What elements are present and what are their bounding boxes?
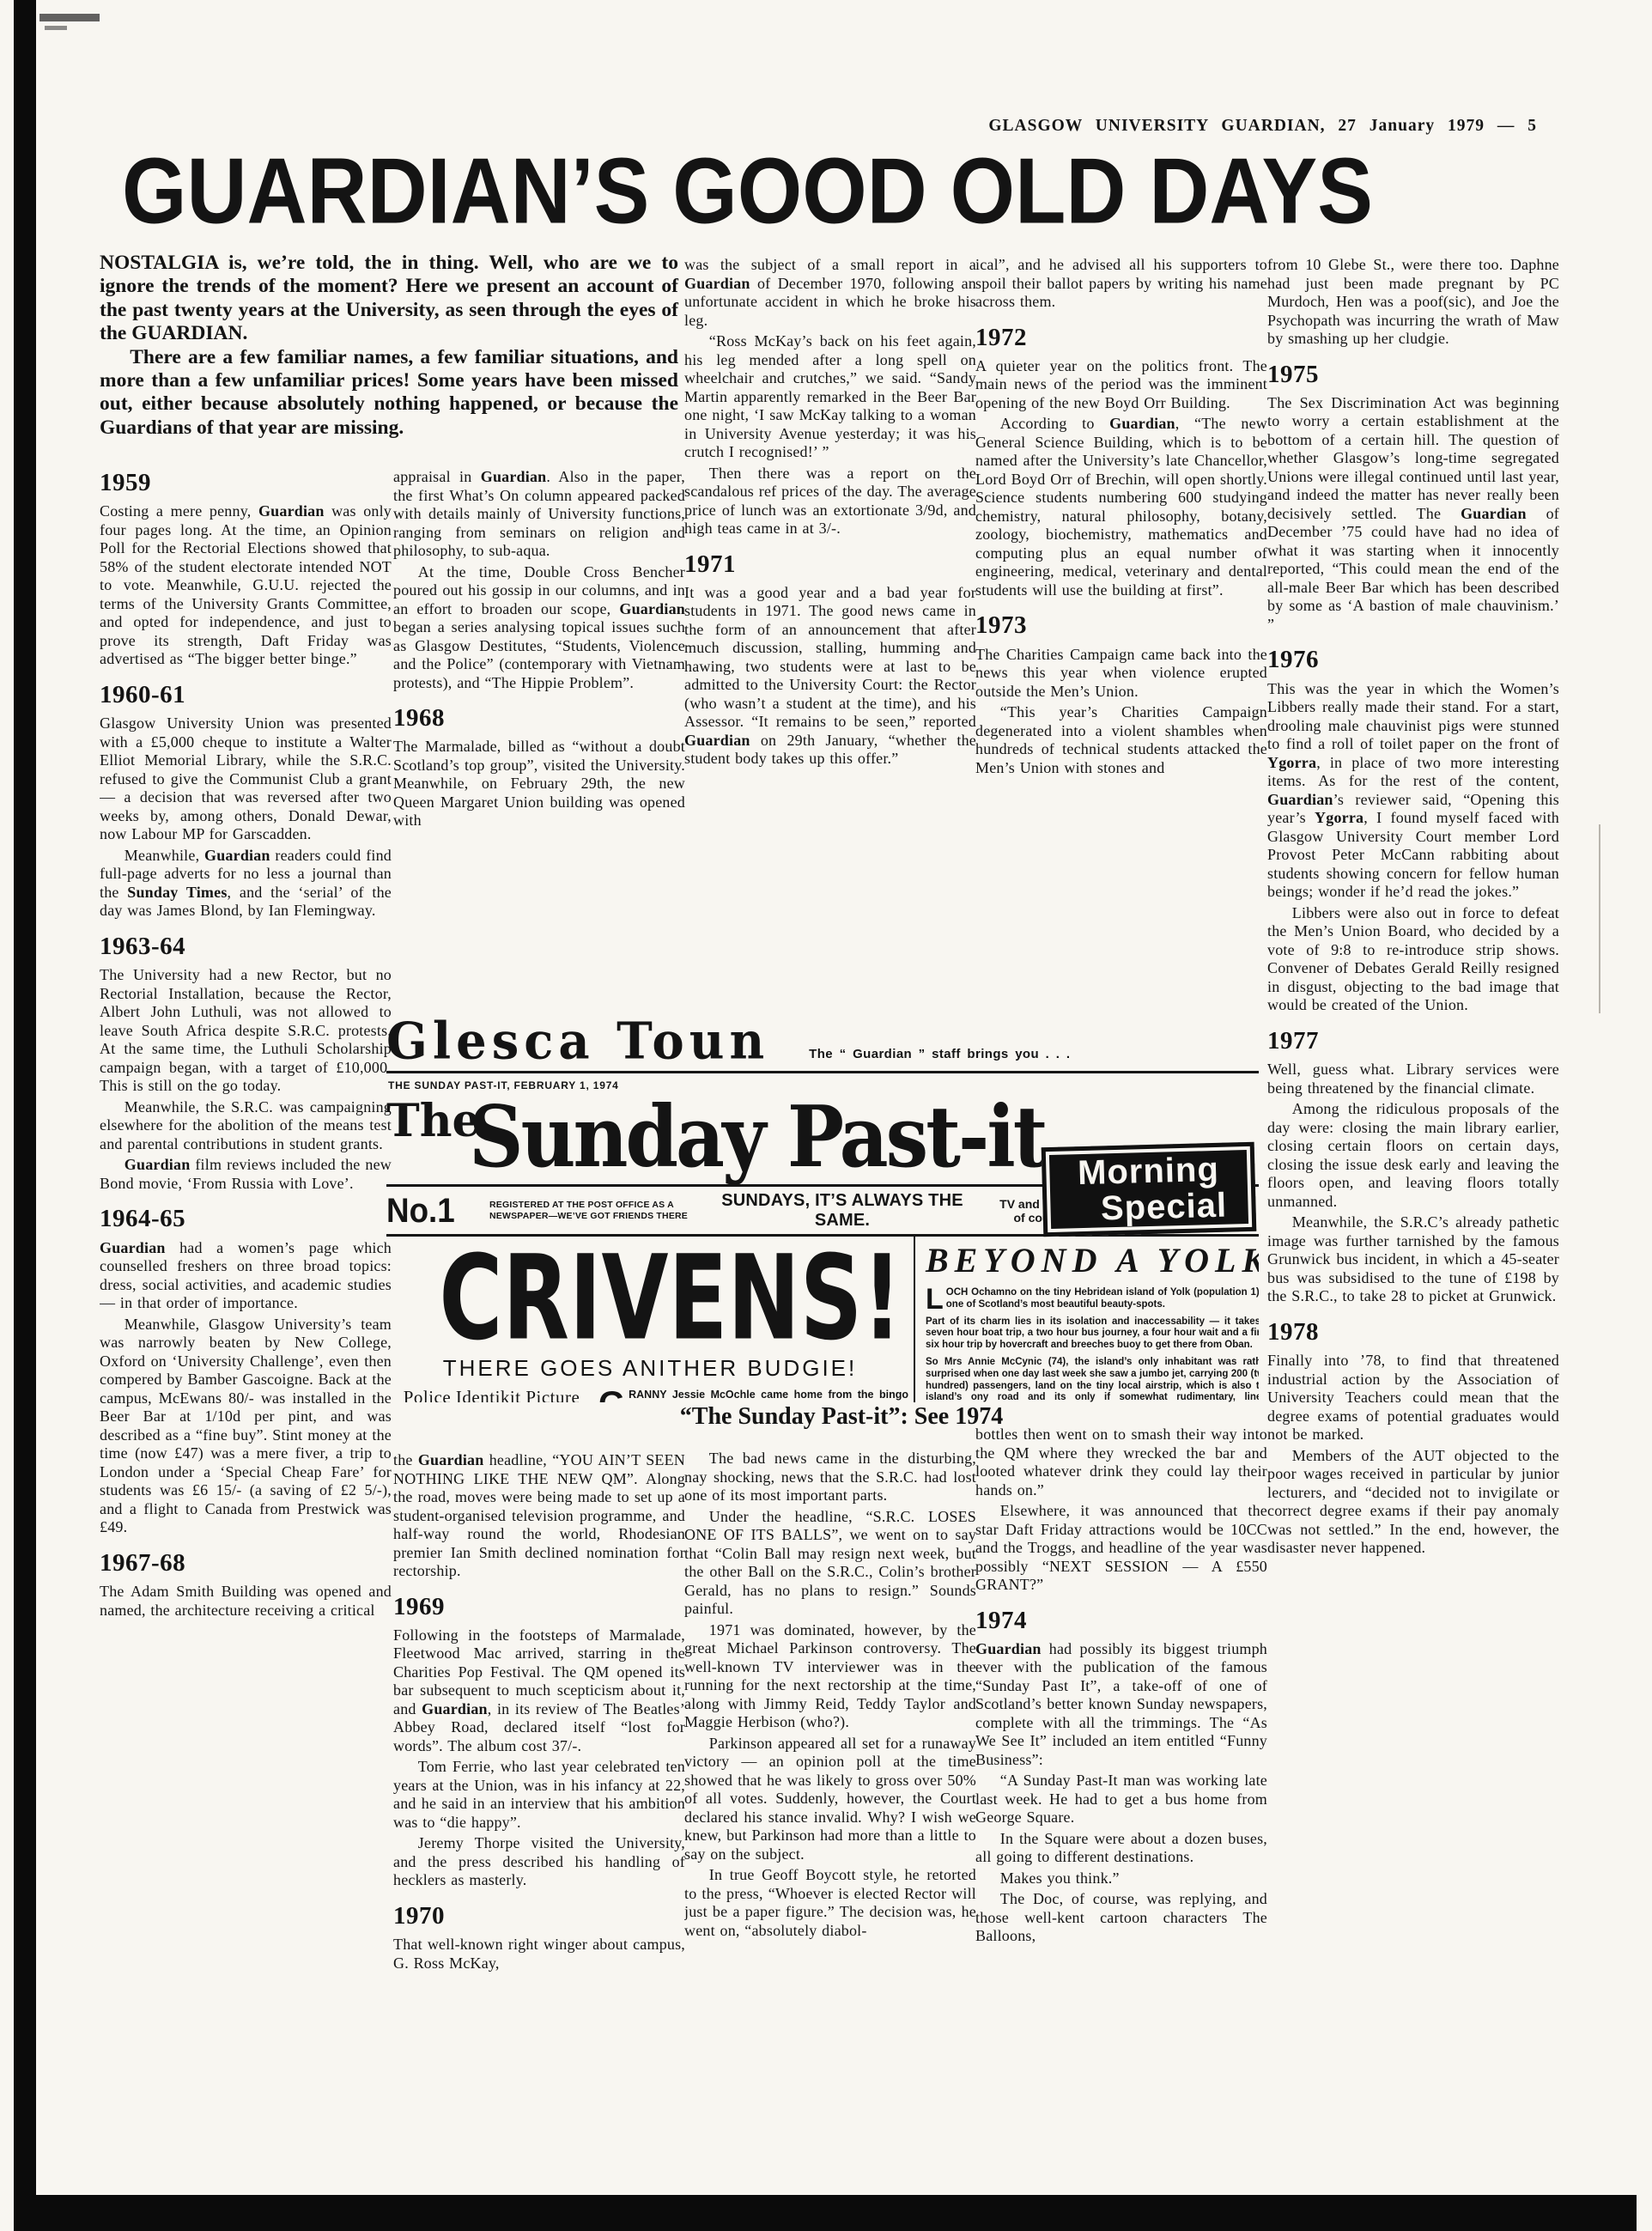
year-heading: 1971 [684, 551, 976, 577]
intro-paragraphs: NOSTALGIA is, we’re told, the in thing. … [100, 252, 678, 440]
body-paragraph: The Marmalade, billed as “without a doub… [393, 738, 685, 830]
body-paragraph: Guardian had a women’s page which counse… [100, 1239, 392, 1313]
body-paragraph: Makes you think.” [975, 1869, 1267, 1888]
scan-edge-bottom [14, 2195, 1637, 2231]
column-1: 1959Costing a mere penny, Guardian was o… [100, 468, 392, 2196]
masthead-title-the: The [386, 1095, 481, 1147]
body-paragraph: Meanwhile, Glasgow University’s team was… [100, 1316, 392, 1537]
crivens-panel: CRIVENS! THERE GOES ANITHER BUDGIE! Poli… [386, 1237, 915, 1402]
registered-line: NEWSPAPER—WE’VE GOT FRIENDS THERE [489, 1211, 688, 1221]
body-paragraph: The Adam Smith Building was opened and n… [100, 1583, 392, 1620]
intro-paragraph: NOSTALGIA is, we’re told, the in thing. … [100, 252, 678, 346]
body-paragraph: In true Geoff Boycott style, he retorted… [684, 1866, 976, 1940]
binding-edge [14, 0, 36, 2231]
year-heading: 1959 [100, 470, 392, 495]
body-paragraph: Guardian had possibly its biggest triump… [975, 1640, 1267, 1770]
column-3-lower: The bad news came in the disturbing, nay… [684, 1450, 976, 2193]
masthead-title: Sunday Past-it [469, 1086, 1045, 1186]
masthead-tagline: The “ Guardian ” staff brings you . . . [809, 1047, 1070, 1061]
intro-paragraph: There are a few familiar names, a few fa… [100, 346, 678, 441]
year-heading: 1967-68 [100, 1550, 392, 1576]
year-heading: 1968 [393, 705, 685, 731]
year-heading: 1976 [1267, 647, 1559, 672]
body-paragraph: “This year’s Charities Campaign degenera… [975, 703, 1267, 777]
body-paragraph: Then there was a report on the scandalou… [684, 465, 976, 538]
body-paragraph: At the time, Double Cross Bencher poured… [393, 563, 685, 693]
yolk-paragraph: So Mrs Annie McCynic (74), the island’s … [926, 1357, 1259, 1402]
body-paragraph: Parkinson appeared all set for a runaway… [684, 1735, 976, 1864]
registered-line: REGISTERED AT THE POST OFFICE AS A [489, 1200, 674, 1210]
scan-artifact [1599, 824, 1600, 1013]
year-heading: 1974 [975, 1608, 1267, 1633]
yolk-paragraph: LOCH Ochamno on the tiny Hebridean islan… [926, 1287, 1259, 1311]
masthead-title-row: The Sunday Past-it Morning Special [386, 1091, 1259, 1184]
body-paragraph: It was a good year and a bad year for st… [684, 584, 976, 769]
body-paragraph: According to Guardian, “The new General … [975, 415, 1267, 599]
crivens-headline: CRIVENS! [439, 1240, 860, 1357]
body-paragraph: Under the headline, “S.R.C. LOSES ONE OF… [684, 1508, 976, 1619]
body-paragraph: “Ross McKay’s back on his feet again, hi… [684, 332, 976, 462]
yolk-headline: BEYOND A YOLK [926, 1240, 1259, 1280]
identikit-label: Police Identikit Picture [386, 1387, 597, 1402]
yolk-lead: OCH Ochamno on the tiny Hebridean island… [946, 1287, 1259, 1310]
body-paragraph: The University had a new Rector, but no … [100, 966, 392, 1096]
body-paragraph: Well, guess what. Library services were … [1267, 1061, 1559, 1097]
sunday-pastit-parody-masthead: Glesca Toun The “ Guardian ” staff bring… [386, 1003, 1259, 1402]
body-paragraph: That well-known right winger about campu… [393, 1936, 685, 1973]
year-heading: 1975 [1267, 362, 1559, 387]
beyond-a-yolk-panel: BEYOND A YOLK LOCH Ochamno on the tiny H… [915, 1237, 1259, 1402]
body-paragraph: Meanwhile, the S.R.C’s already pathetic … [1267, 1213, 1559, 1306]
scan-artifact [45, 26, 67, 30]
year-heading: 1960-61 [100, 682, 392, 708]
body-paragraph: the Guardian headline, “YOU AIN’T SEEN N… [393, 1451, 685, 1581]
year-heading: 1969 [393, 1594, 685, 1620]
body-paragraph: 1971 was dominated, however, by the grea… [684, 1621, 976, 1732]
crivens-lead: RANNY Jessie McOchle came home from the … [629, 1389, 908, 1402]
body-paragraph: Tom Ferrie, who last year celebrated ten… [393, 1758, 685, 1832]
body-paragraph: from 10 Glebe St., were there too. Daphn… [1267, 256, 1559, 349]
badge-line: Special [1100, 1188, 1227, 1227]
drop-cap: L [926, 1288, 944, 1311]
year-heading: 1978 [1267, 1319, 1559, 1345]
body-paragraph: The Sex Discrimination Act was beginning… [1267, 394, 1559, 635]
masthead-slogan: SUNDAYS, IT’S ALWAYS THE SAME. [708, 1191, 976, 1231]
body-paragraph: A quieter year on the politics front. Th… [975, 357, 1267, 413]
body-paragraph: was the subject of a small report in a G… [684, 256, 976, 330]
badge-line: Morning [1078, 1152, 1220, 1191]
year-heading: 1972 [975, 325, 1267, 350]
masthead-caption: “The Sunday Past-it”: See 1974 [601, 1403, 1082, 1431]
body-paragraph: Among the ridiculous proposals of the da… [1267, 1100, 1559, 1211]
column-4-lower: bottles then went on to smash their way … [975, 1426, 1267, 2193]
body-paragraph: The Doc, of course, was replying, and th… [975, 1890, 1267, 1946]
body-paragraph: Jeremy Thorpe visited the University, an… [393, 1834, 685, 1890]
scan-artifact [39, 14, 100, 21]
body-paragraph: bottles then went on to smash their way … [975, 1426, 1267, 1499]
body-paragraph: Glasgow University Union was presented w… [100, 714, 392, 844]
body-paragraph: “A Sunday Past-It man was working late l… [975, 1772, 1267, 1827]
drop-cap: G [598, 1390, 625, 1402]
body-paragraph: The Charities Campaign came back into th… [975, 646, 1267, 702]
year-heading: 1964-65 [100, 1206, 392, 1231]
column-2-lower: the Guardian headline, “YOU AIN’T SEEN N… [393, 1451, 685, 2195]
crivens-bottom: Police Identikit Picture GRANNY Jessie M… [386, 1387, 914, 1402]
year-heading: 1973 [975, 612, 1267, 638]
body-paragraph: Members of the AUT objected to the poor … [1267, 1447, 1559, 1558]
body-paragraph: ical”, and he advised all his supporters… [975, 256, 1267, 312]
masthead-panels: CRIVENS! THERE GOES ANITHER BUDGIE! Poli… [386, 1234, 1259, 1402]
rule [386, 1071, 1259, 1073]
body-paragraph: Elsewhere, it was announced that the sta… [975, 1502, 1267, 1595]
glesca-toun-title: Glesca Toun [386, 1016, 769, 1067]
page-title: GUARDIAN’S GOOD OLD DAYS [122, 137, 1504, 245]
year-heading: 1970 [393, 1903, 685, 1929]
year-heading: 1963-64 [100, 933, 392, 959]
body-paragraph: Meanwhile, Guardian readers could find f… [100, 847, 392, 921]
crivens-story: GRANNY Jessie McOchle came home from the… [597, 1387, 914, 1402]
body-paragraph: Guardian film reviews included the new B… [100, 1156, 392, 1193]
body-paragraph: Costing a mere penny, Guardian was only … [100, 502, 392, 669]
issue-number: No.1 [386, 1195, 481, 1226]
morning-special-badge: Morning Special [1042, 1142, 1257, 1237]
column-2-upper: appraisal in Guardian. Also in the paper… [393, 468, 685, 1006]
identikit-block: Police Identikit Picture [386, 1387, 597, 1402]
body-paragraph: Libbers were also out in force to defeat… [1267, 904, 1559, 1015]
registered-note: REGISTERED AT THE POST OFFICE AS A NEWSP… [489, 1200, 708, 1222]
body-paragraph: Following in the footsteps of Marmalade,… [393, 1626, 685, 1756]
column-5: from 10 Glebe St., were there too. Daphn… [1267, 256, 1559, 2193]
column-4-upper: ical”, and he advised all his supporters… [975, 256, 1267, 1022]
yolk-paragraph: Part of its charm lies in its isolation … [926, 1316, 1259, 1352]
body-paragraph: In the Square were about a dozen buses, … [975, 1830, 1267, 1867]
body-paragraph: Meanwhile, the S.R.C. was campaigning el… [100, 1098, 392, 1154]
body-paragraph: The bad news came in the disturbing, nay… [684, 1450, 976, 1505]
body-paragraph: This was the year in which the Women’s L… [1267, 680, 1559, 902]
year-heading: 1977 [1267, 1028, 1559, 1054]
glesca-toun-row: Glesca Toun The “ Guardian ” staff bring… [386, 1003, 1259, 1067]
body-paragraph: Finally into ’78, to find that threatene… [1267, 1352, 1559, 1444]
body-paragraph: appraisal in Guardian. Also in the paper… [393, 468, 685, 561]
newspaper-page: GLASGOW UNIVERSITY GUARDIAN, 27 January … [0, 0, 1652, 2231]
column-3-upper: was the subject of a small report in a G… [684, 256, 976, 1003]
running-head: GLASGOW UNIVERSITY GUARDIAN, 27 January … [988, 117, 1537, 136]
